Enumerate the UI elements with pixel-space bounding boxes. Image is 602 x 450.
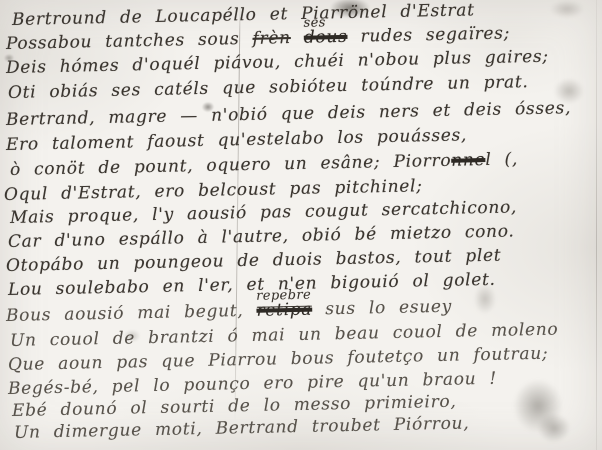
paper-edge-line bbox=[596, 0, 597, 450]
line-text: rudes segaïres; bbox=[360, 23, 510, 46]
correction-group: repebreretipa bbox=[256, 300, 312, 321]
line-text: ò conöt de pount, oquero un esâne; Piorr… bbox=[10, 151, 452, 180]
inserted-word: repebre bbox=[256, 286, 311, 308]
manuscript-line-7: ò conöt de pount, oquero un esâne; Piorr… bbox=[10, 149, 518, 180]
manuscript-line-4: Oti obiás ses catéls que sobióteu toúndr… bbox=[8, 72, 529, 103]
inserted-word: ses bbox=[303, 13, 326, 33]
struck-letters: nne bbox=[451, 150, 485, 171]
manuscript-line-5: Bertrand, magre — n'obió que deis ners e… bbox=[6, 98, 571, 130]
struck-word: frèn bbox=[252, 28, 291, 49]
line-text: Possabou tantches sous bbox=[6, 29, 240, 54]
manuscript-page: Bertround de Loucapéllo et Piarrönel d'E… bbox=[0, 0, 602, 450]
line-text: Bous aousió mai begut, bbox=[6, 301, 244, 326]
line-text: sus lo esuey bbox=[325, 297, 452, 320]
paper-stain bbox=[550, 0, 584, 18]
manuscript-line-13: Bous aousió mai begut, repebreretipa sus… bbox=[6, 297, 452, 326]
line-text: l (, bbox=[485, 149, 518, 170]
paper-stain bbox=[538, 414, 570, 442]
correction-group: sesdous bbox=[304, 27, 348, 48]
manuscript-line-6: Ero taloment faoust qu'estelabo los pouá… bbox=[6, 125, 467, 155]
paper-stain bbox=[514, 380, 562, 432]
